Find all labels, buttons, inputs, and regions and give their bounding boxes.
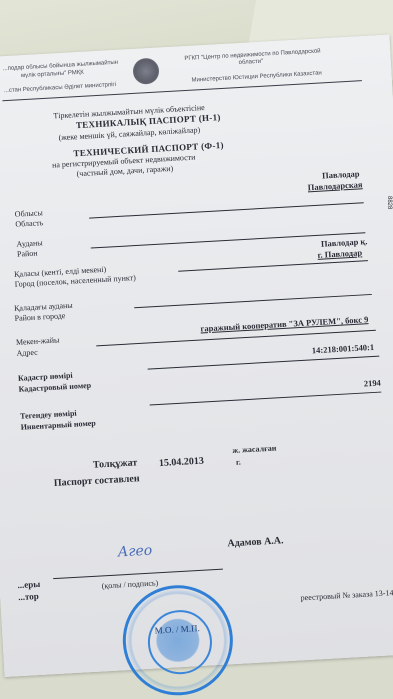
address-label-ru: Адрес: [16, 348, 38, 358]
district-label-kz: Ауданы: [16, 238, 43, 248]
region-label-kz: Облысы: [15, 208, 43, 219]
signatory-name: Адамов А.А.: [227, 535, 284, 549]
city-district-label-ru: Район в городе: [14, 311, 65, 323]
cadastral-number-value: 14:218:001:540:1: [312, 342, 375, 355]
registry-order-number: реестровый № заказа 13-14: [300, 588, 393, 602]
compiled-label-ru: Паспорт составлен: [54, 473, 140, 489]
cadastral-underline: [148, 356, 380, 370]
official-stamp: М.О. / М.П.: [120, 582, 236, 698]
compiled-date: 15.04.2013: [159, 456, 205, 469]
inventory-label-ru: Инвентарный номер: [20, 419, 96, 432]
header-left-org-line3: ...стан Республикасы Әділет министрлігі: [4, 82, 116, 94]
page-edge-number: 8828: [386, 196, 392, 209]
region-underline: [89, 202, 364, 218]
address-label-kz: Мекен-жайы: [16, 335, 60, 346]
signature-scribble: Агео: [117, 543, 152, 561]
header-left-org-line2: мүлік орталығы" РМҚК: [21, 70, 84, 79]
signatory-label-ru: ...тор: [18, 591, 39, 602]
city-value: г. Павлодар: [317, 247, 362, 259]
cadastral-label-kz: Кадастр нөмірі: [18, 371, 73, 383]
city-district-underline: [134, 294, 372, 308]
cadastral-label-ru: Кадастровый номер: [18, 381, 91, 394]
technical-passport-document: ...подар облысы бойынша жылжымайтын мүлі…: [0, 35, 393, 677]
signatory-label-kz: ...еры: [17, 579, 40, 590]
kazakhstan-emblem-icon: [132, 57, 159, 84]
stamp-emblem-ring: [146, 608, 213, 675]
signature-caption: (қолы / подпись): [101, 578, 158, 590]
region-label-ru: Область: [15, 218, 43, 229]
region-value: Павлодарская: [307, 179, 362, 192]
compiled-suffix-ru: г.: [236, 458, 241, 467]
header-right-org-line3: Министерство Юстиции Республики Казахста…: [191, 70, 322, 83]
signature-underline: [53, 569, 223, 579]
city-underline: [178, 260, 368, 272]
inventory-number-value: 2194: [364, 378, 382, 389]
inventory-label-kz: Тегендеу нөмірі: [20, 409, 77, 421]
inventory-underline: [150, 392, 382, 406]
compiled-label-kz: Толқұжат: [93, 457, 138, 470]
compiled-suffix-kz: ж. жасалған: [232, 444, 276, 455]
district-label-ru: Район: [17, 249, 38, 259]
header-right-org-line2: области": [239, 59, 264, 66]
